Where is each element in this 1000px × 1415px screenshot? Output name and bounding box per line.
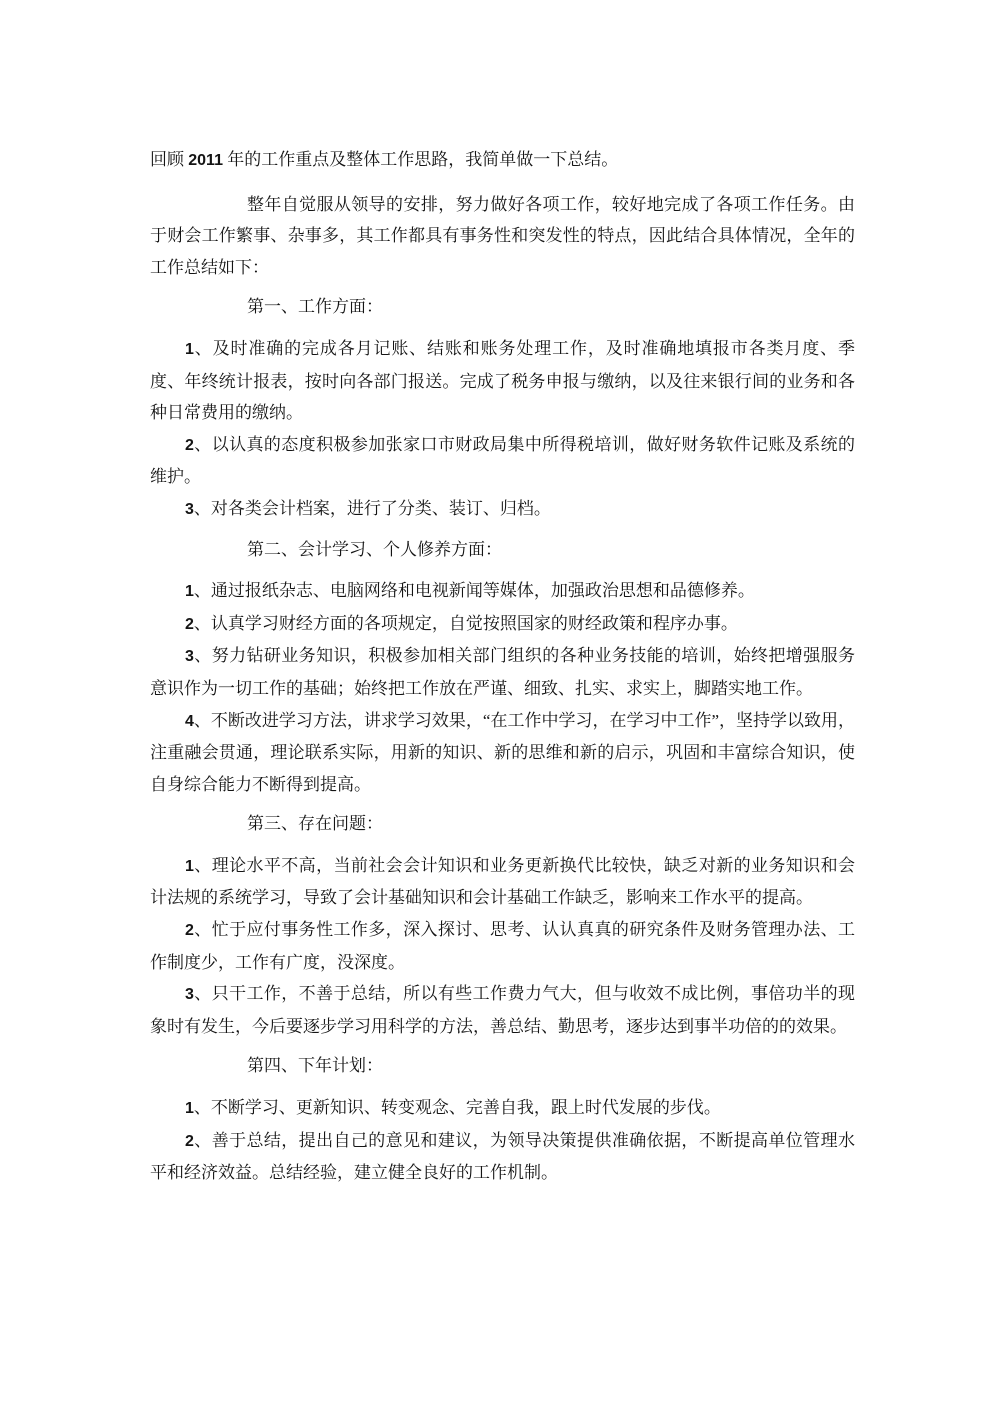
section-4-item-2: 2、善于总结，提出自己的意见和建议，为领导决策提供准确依据，不断提高单位管理水平… — [150, 1125, 855, 1189]
section-1-item-3: 3、对各类会计档案，进行了分类、装订、归档。 — [150, 493, 855, 526]
section-4-item-1: 1、不断学习、更新知识、转变观念、完善自我，跟上时代发展的步伐。 — [150, 1092, 855, 1125]
section-1-item-2: 2、以认真的态度积极参加张家口市财政局集中所得税培训，做好财务软件记账及系统的维… — [150, 429, 855, 493]
section-3-item-3: 3、只干工作，不善于总结，所以有些工作费力气大，但与收效不成比例，事倍功半的现象… — [150, 978, 855, 1042]
section-2-item-1: 1、通过报纸杂志、电脑网络和电视新闻等媒体，加强政治思想和品德修养。 — [150, 575, 855, 608]
section-1-item-1: 1、及时准确的完成各月记账、结账和账务处理工作，及时准确地填报市各类月度、季度、… — [150, 333, 855, 429]
section-3-item-2: 2、忙于应付事务性工作多，深入探讨、思考、认认真真的研究条件及财务管理办法、工作… — [150, 914, 855, 978]
overview-paragraph: 整年自觉服从领导的安排，努力做好各项工作，较好地完成了各项工作任务。由于财会工作… — [150, 189, 855, 284]
section-2-heading: 第二、会计学习、个人修养方面： — [150, 534, 855, 566]
section-3-heading: 第三、存在问题： — [150, 808, 855, 840]
section-3-item-1: 1、理论水平不高，当前社会会计知识和业务更新换代比较快，缺乏对新的业务知识和会计… — [150, 850, 855, 914]
section-4-heading: 第四、下年计划： — [150, 1050, 855, 1082]
intro-paragraph: 回顾 2011 年的工作重点及整体工作思路，我简单做一下总结。 — [150, 144, 855, 177]
section-1-heading: 第一、工作方面： — [150, 291, 855, 323]
section-2-item-4: 4、不断改进学习方法，讲求学习效果，“在工作中学习，在学习中工作”，坚持学以致用… — [150, 705, 855, 801]
document-page: 回顾 2011 年的工作重点及整体工作思路，我简单做一下总结。 整年自觉服从领导… — [0, 0, 1000, 1415]
section-2-item-2: 2、认真学习财经方面的各项规定，自觉按照国家的财经政策和程序办事。 — [150, 608, 855, 641]
section-2-item-3: 3、努力钻研业务知识，积极参加相关部门组织的各种业务技能的培训，始终把增强服务意… — [150, 640, 855, 704]
